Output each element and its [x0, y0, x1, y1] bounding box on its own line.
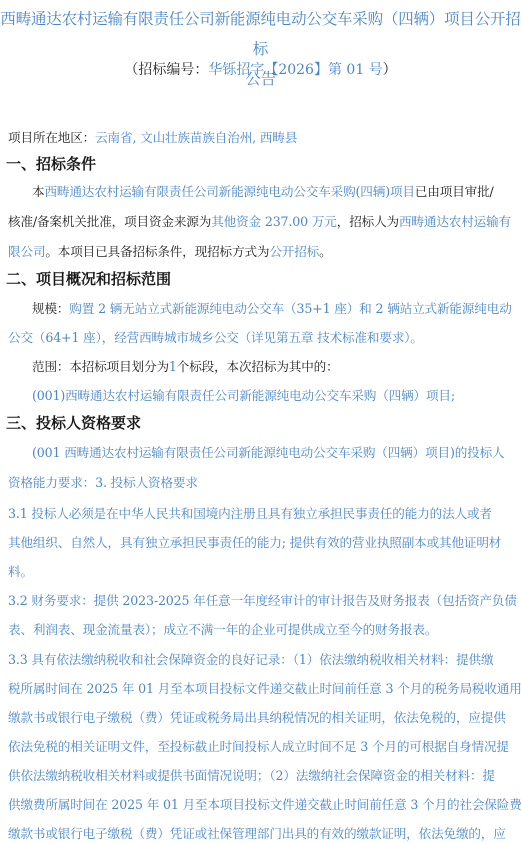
tenderer-name-cont: 限公司 [8, 244, 45, 259]
project-location: 项目所在地区：云南省, 文山壮族苗族自治州, 西畴县 [8, 127, 518, 146]
req-3-3-line-6: 供缴费所属时间在 2025 年 01 月至本项目投标文件递交截止时间前任意 3 … [8, 794, 518, 813]
bid-number-label: （招标编号： [124, 62, 208, 78]
section-heading-3: 三、投标人资格要求 [6, 412, 141, 433]
location-label: 项目所在地区： [8, 130, 95, 145]
scale-text: 购置 2 辆无站立式新能源纯电动公交车（35+1 座）和 2 辆站立式新能源纯电… [69, 301, 511, 316]
text: 核准/备案机关批准，项目资金来源为 [8, 214, 211, 229]
req-3-1-line-3: 料。 [8, 561, 518, 580]
text: 本 [32, 184, 44, 199]
section1-line-1: 本西畴通达农村运输有限责任公司新能源纯电动公交车采购(四辆)项目已由项目审批/ [32, 181, 521, 200]
title-line-1: 西畴通达农村运输有限责任公司新能源纯电动公交车采购（四辆）项目公开招标 [0, 4, 521, 64]
tender-method: 公开招标 [269, 244, 319, 259]
req-3-3-line-2: 税所属时间在 2025 年 01 月至本项目投标文件递交截止时间前任意 3 个月… [8, 678, 518, 697]
req-3-2-line-1: 3.2 财务要求：提供 2023-2025 年任意一年度经审计的审计报告及财务报… [8, 590, 518, 609]
bid-number-value: 华铄招字【2026】第 01 号 [208, 62, 382, 78]
req-3-3-line-7: 缴款书或银行电子缴税（费）凭证或社保管理部门出具的有效的缴款证明，依法免缴的，应 [8, 823, 518, 842]
section1-line-3: 限公司。本项目已具备招标条件，现招标方式为公开招标。 [8, 241, 518, 260]
section-heading-2: 二、项目概况和招标范围 [6, 268, 171, 289]
page-title: 西畴通达农村运输有限责任公司新能源纯电动公交车采购（四辆）项目公开招标 公告 [0, 4, 521, 94]
lot-count: 1 [169, 359, 177, 374]
qualification-intro-2: 资格能力要求：3. 投标人资格要求 [8, 472, 518, 491]
req-3-2-line-2: 表、利润表、现金流量表）；成立不满一年的企业可提供成立至今的财务报表。 [8, 619, 518, 638]
scale-line-2: 公交（64+1 座），经营西畴城市城乡公交（详见第五章 技术标准和要求）。 [8, 327, 518, 346]
scope-line: 范围：本招标项目划分为1个标段，本次招标为其中的： [32, 356, 521, 375]
qualification-intro-1: (001 西畴通达农村运输有限责任公司新能源纯电动公交车采购（四辆）项目)的投标… [32, 442, 521, 461]
lot-item: (001)西畴通达农村运输有限责任公司新能源纯电动公交车采购（四辆）项目; [32, 385, 521, 404]
section-heading-1: 一、招标条件 [6, 153, 96, 174]
req-3-3-line-3: 缴款书或银行电子缴税（费）凭证或税务局出具纳税情况的相关证明，依法免税的，应提供 [8, 707, 518, 726]
scale-label: 规模： [32, 301, 69, 316]
text: 个标段，本次招标为其中的： [177, 359, 339, 374]
req-3-3-line-5: 供依法缴纳税收相关材料或提供书面情况说明；（2）法缴纳社会保障资金的相关材料：提 [8, 765, 518, 784]
req-3-1-line-1: 3.1 投标人必须是在中华人民共和国境内注册且具有独立承担民事责任的能力的法人或… [8, 503, 518, 522]
section1-line-2: 核准/备案机关批准，项目资金来源为其他资金 237.00 万元，招标人为西畴通达… [8, 211, 518, 230]
location-value: 云南省, 文山壮族苗族自治州, 西畴县 [95, 130, 297, 145]
funding-amount: 其他资金 237.00 万元 [211, 214, 337, 229]
project-name: 西畴通达农村运输有限责任公司新能源纯电动公交车采购(四辆)项目 [44, 184, 414, 199]
req-3-3-line-4: 依法免税的相关证明文件，至投标截止时间投标人成立时间不足 3 个月的可根据自身情… [8, 736, 518, 755]
bid-number: （招标编号：华铄招字【2026】第 01 号） [0, 59, 521, 79]
text: 范围：本招标项目划分为 [32, 359, 169, 374]
text: 。本项目已具备招标条件，现招标方式为 [45, 244, 269, 259]
text: ，招标人为 [337, 214, 399, 229]
scale-line-1: 规模：购置 2 辆无站立式新能源纯电动公交车（35+1 座）和 2 辆站立式新能… [32, 298, 521, 317]
text: 已由项目审批/ [415, 184, 494, 199]
req-3-3-line-1: 3.3 具有依法缴纳税收和社会保障资金的良好记录：（1）依法缴纳税收相关材料：提… [8, 649, 518, 668]
req-3-1-line-2: 其他组织、自然人，具有独立承担民事责任的能力; 提供有效的营业执照副本或其他证明… [8, 532, 518, 551]
text: 。 [319, 244, 331, 259]
bid-number-close: ） [383, 62, 397, 78]
tenderer-name: 西畴通达农村运输有 [399, 214, 511, 229]
